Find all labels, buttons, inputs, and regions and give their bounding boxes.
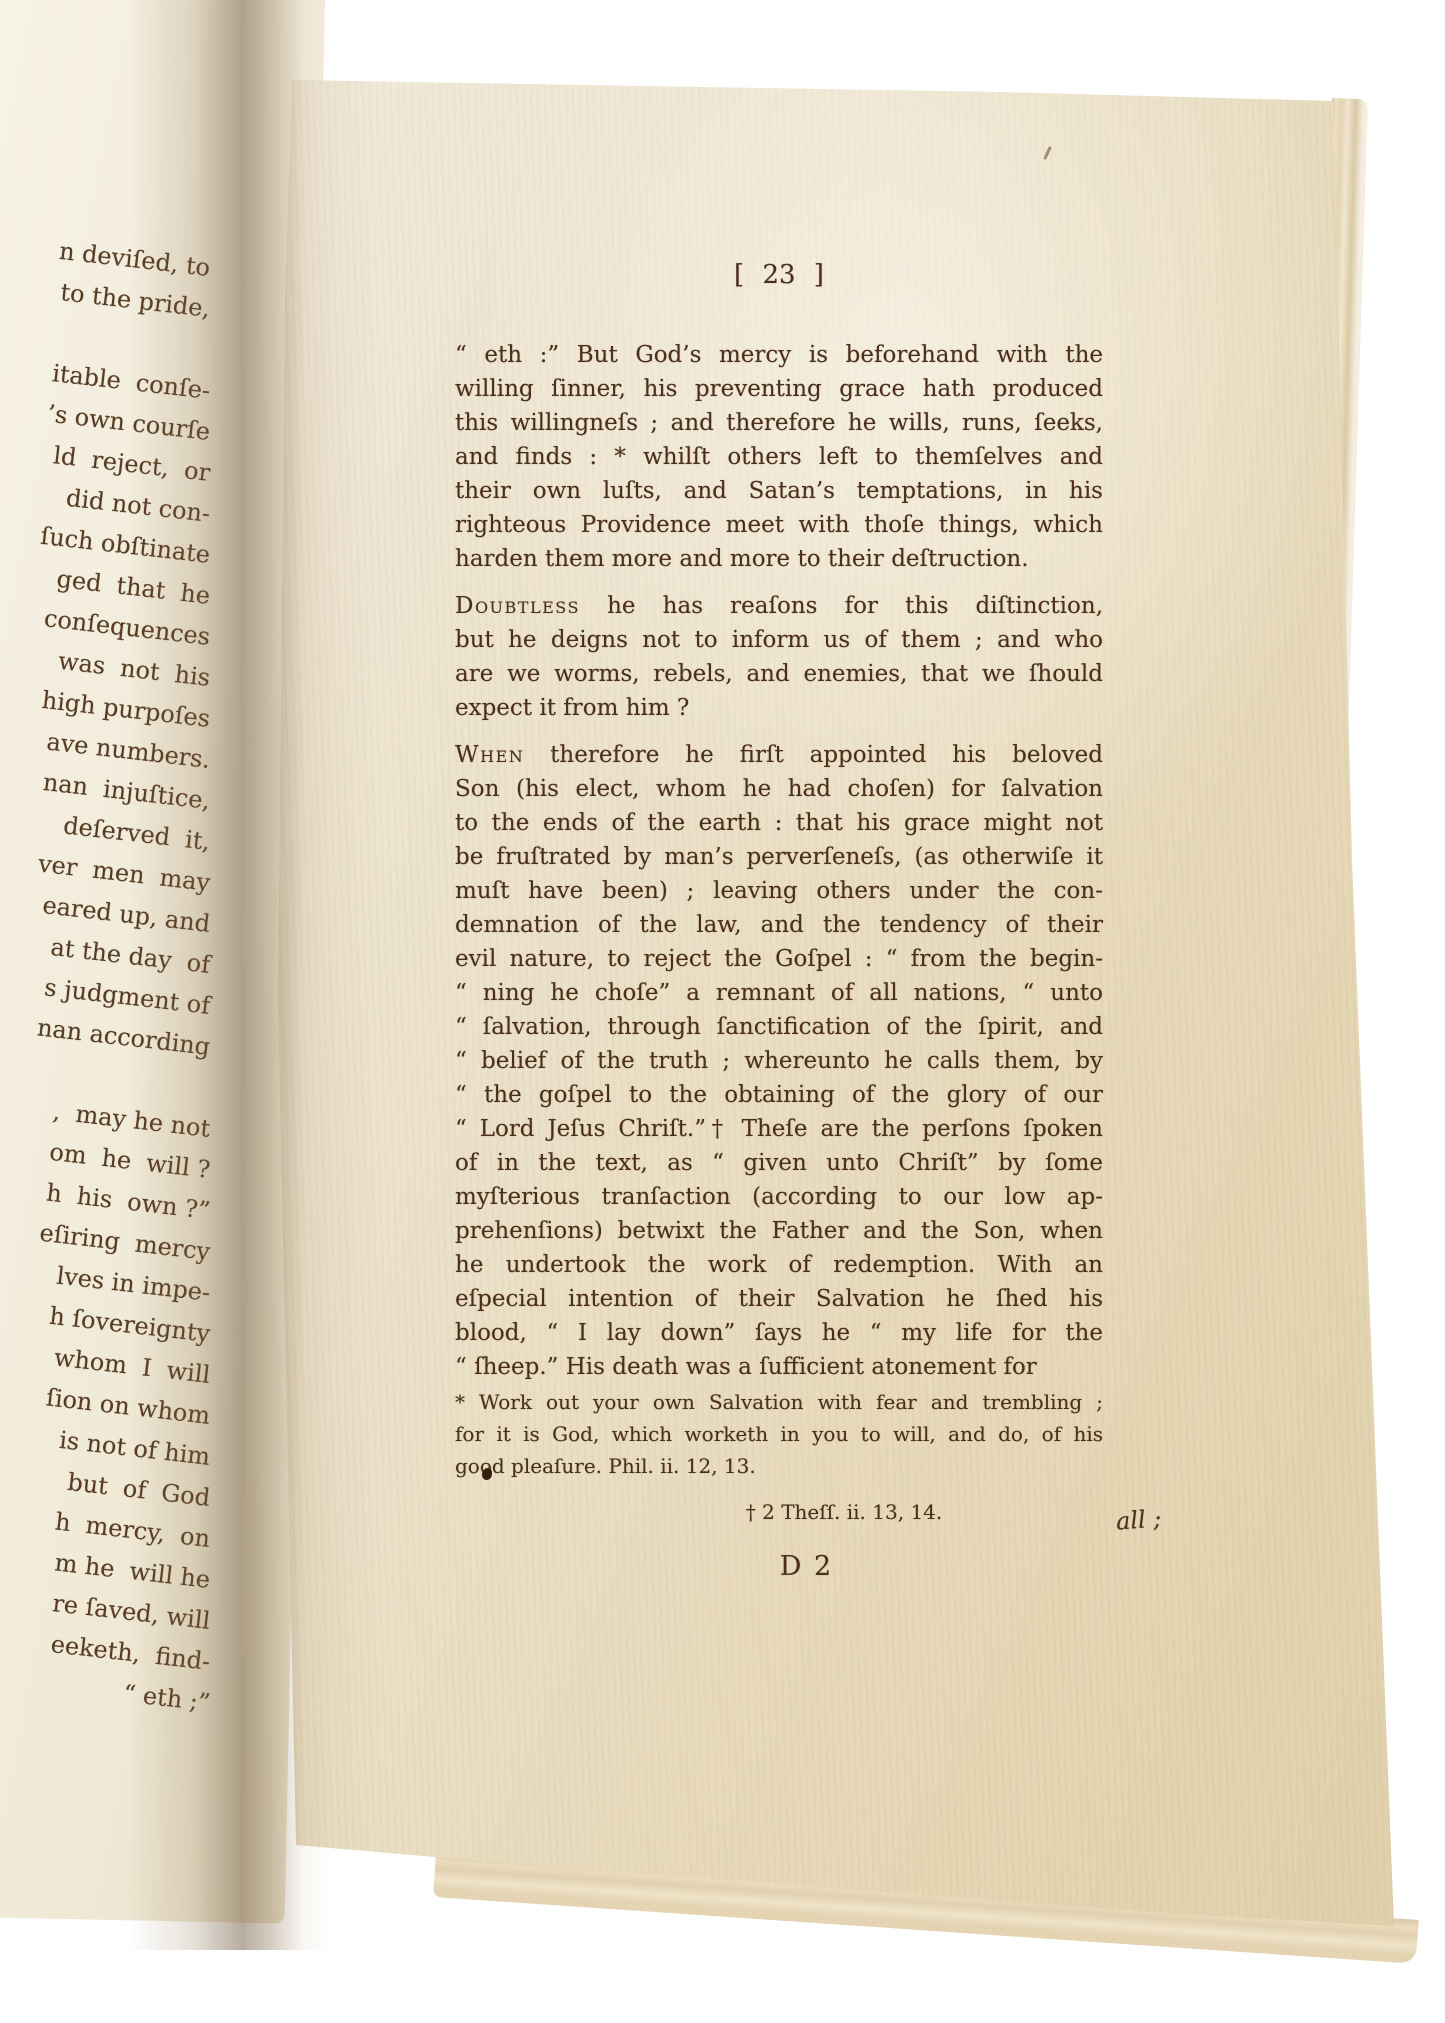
- text-line: their own luſts, and Satan’s temptations…: [455, 474, 1103, 508]
- text-line: Son (his elect, whom he had choſen) for …: [455, 772, 1103, 806]
- footnote: * Work out your own Salvation with fear …: [455, 1386, 1103, 1482]
- page-number-header: [ 23 ]: [455, 258, 1103, 292]
- paragraph-1: “ eth :” But God’s mercy is beforehand w…: [455, 338, 1103, 576]
- text-line: of in the text, as “ given unto Chriſt” …: [455, 1146, 1103, 1180]
- text-line: evil nature, to reject the Goſpel : “ fr…: [455, 942, 1103, 976]
- text-line: blood, “ I lay down” ſays he “ my life f…: [455, 1316, 1103, 1350]
- text-line: “ the goſpel to the obtaining of the glo…: [455, 1078, 1103, 1112]
- text-line: myſterious tranſaction (according to our…: [455, 1180, 1103, 1214]
- text-line: demnation of the law, and the tendency o…: [455, 908, 1103, 942]
- text-line: “ ſheep.” His death was a ſufficient ato…: [455, 1350, 1103, 1384]
- text-line: “ Lord Jeſus Chriſt.”† Theſe are the per…: [455, 1112, 1103, 1146]
- text-line: expect it from him ?: [455, 691, 1103, 725]
- text-line: When therefore he firſt appointed his be…: [455, 738, 1103, 772]
- text-line: righteous Providence meet with thoſe thi…: [455, 508, 1103, 542]
- footnote-line: * Work out your own Salvation with fear …: [455, 1386, 1103, 1418]
- text-line: he undertook the work of redemption. Wit…: [455, 1248, 1103, 1282]
- text-line: prehenſions) betwixt the Father and the …: [455, 1214, 1103, 1248]
- text-line: and finds : * whilſt others left to them…: [455, 440, 1103, 474]
- text-line: this willingneſs ; and therefore he will…: [455, 406, 1103, 440]
- text-line: be fruſtrated by man’s perverſeneſs, (as…: [455, 840, 1103, 874]
- text-line: muſt have been) ; leaving others under t…: [455, 874, 1103, 908]
- text-line: to the ends of the earth : that his grac…: [455, 806, 1103, 840]
- text-line: harden them more and more to their deſtr…: [455, 542, 1103, 576]
- text-line: “ eth :” But God’s mercy is beforehand w…: [455, 338, 1103, 372]
- signature-mark: D 2: [455, 1550, 1103, 1584]
- paragraph-3: When therefore he firſt appointed his be…: [455, 738, 1103, 1384]
- text-line: are we worms, rebels, and enemies, that …: [455, 657, 1103, 691]
- footnote-line: good pleaſure. Phil. ii. 12, 13.: [455, 1450, 1103, 1482]
- catchword: all ;: [1115, 1504, 1162, 1535]
- text-line: “ ning he choſe” a remnant of all nation…: [455, 976, 1103, 1010]
- right-page-text: [ 23 ] “ eth :” But God’s mercy is befor…: [455, 258, 1103, 1584]
- text-line: “ ſalvation, through ſanctification of t…: [455, 1010, 1103, 1044]
- text-line: but he deigns not to inform us of them ;…: [455, 623, 1103, 657]
- book-photo: n deviſed, to to the pride, itable conſe…: [0, 0, 1445, 2023]
- text-line: Doubtless he has reaſons for this diſtin…: [455, 589, 1103, 623]
- footnote-reference: † 2 Theſſ. ii. 13, 14.: [455, 1496, 1103, 1528]
- left-page-text-fragments: n deviſed, to to the pride, itable conſe…: [0, 248, 210, 1724]
- text-line: “ belief of the truth ; whereunto he cal…: [455, 1044, 1103, 1078]
- footnote-line: for it is God, which worketh in you to w…: [455, 1418, 1103, 1450]
- paragraph-2: Doubtless he has reaſons for this diſtin…: [455, 589, 1103, 725]
- text-line: eſpecial intention of their Salvation he…: [455, 1282, 1103, 1316]
- text-line: willing ſinner, his preventing grace hat…: [455, 372, 1103, 406]
